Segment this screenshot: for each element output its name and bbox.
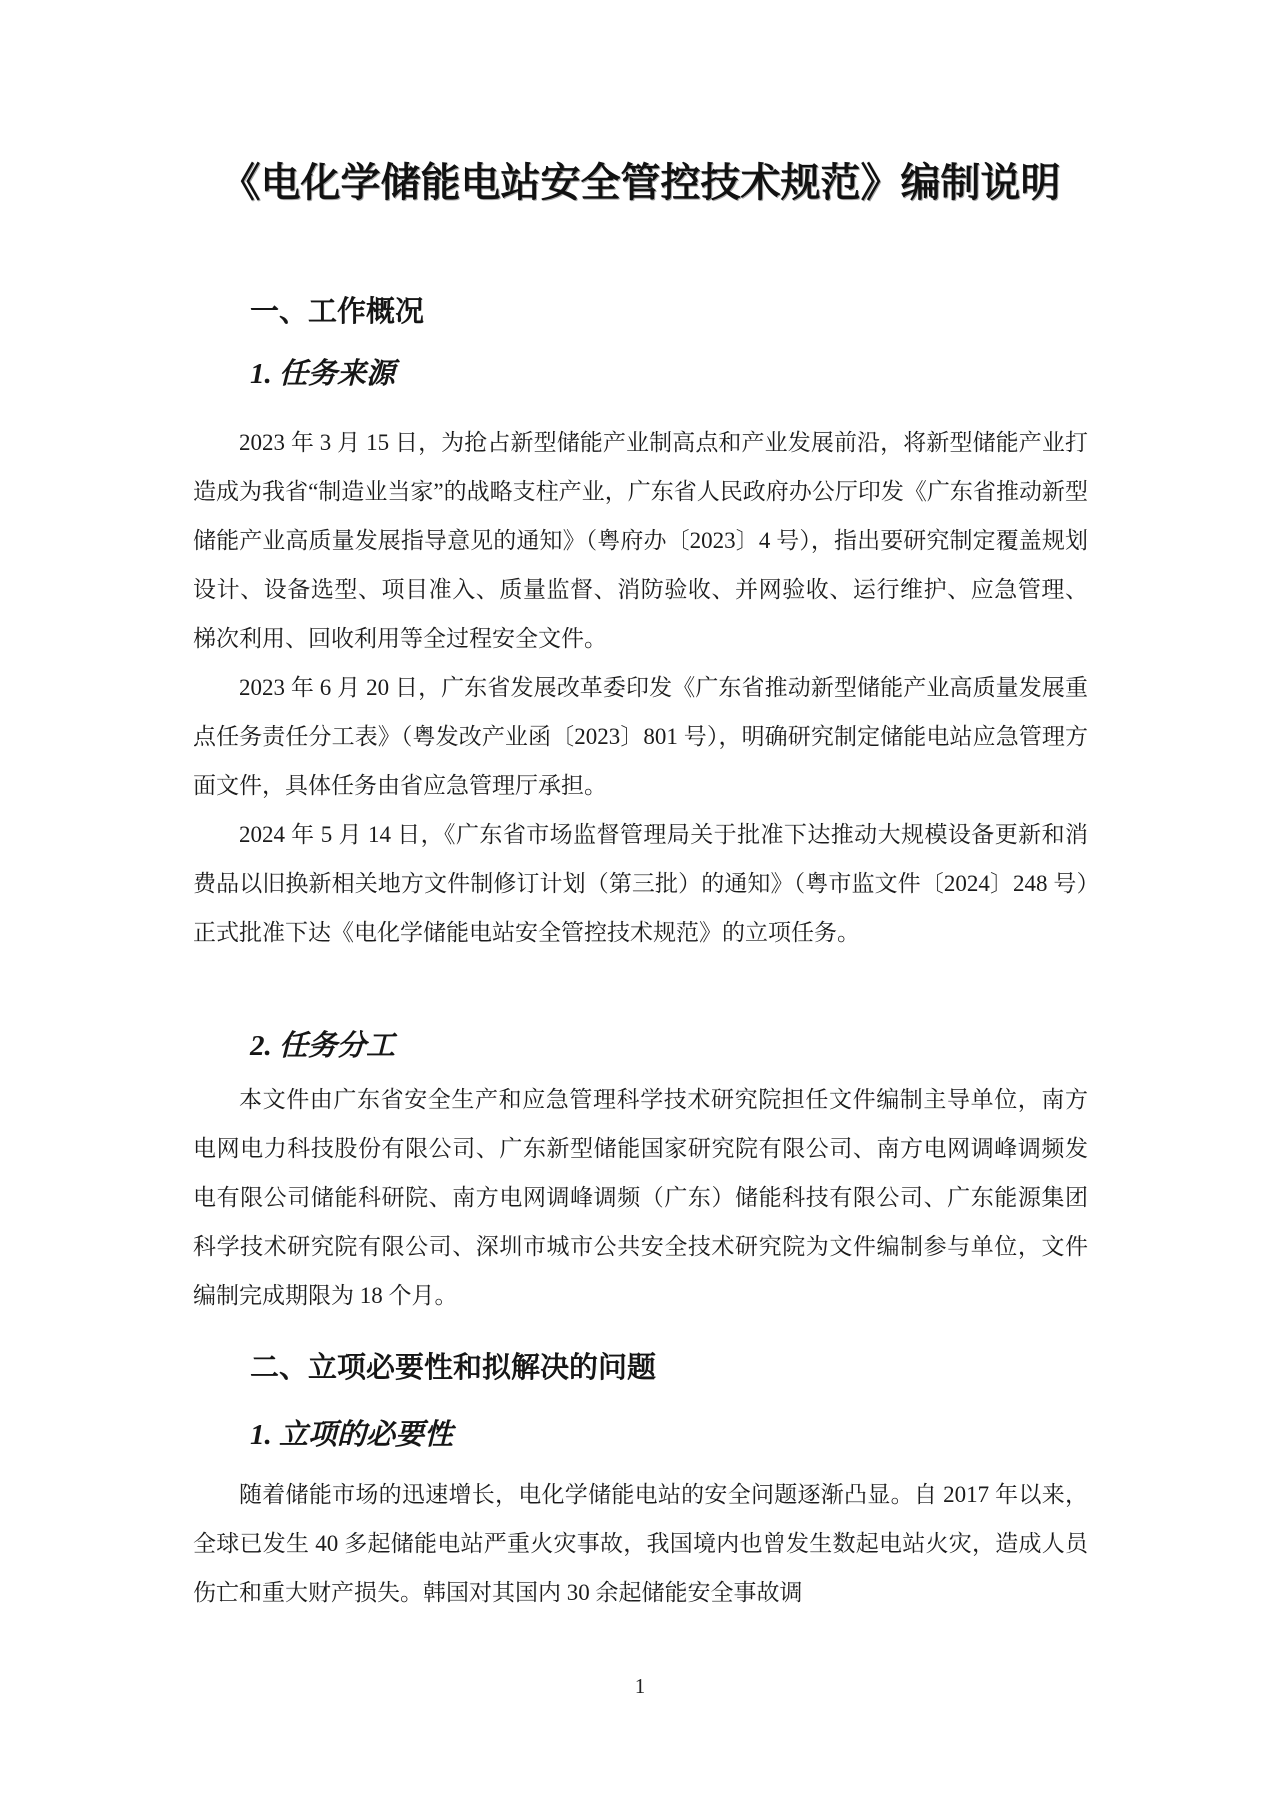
paragraph-task-division: 本文件由广东省安全生产和应急管理科学技术研究院担任文件编制主导单位，南方电网电力… — [193, 1075, 1088, 1320]
paragraph-necessity-reason: 随着储能市场的迅速增长，电化学储能电站的安全问题逐渐凸显。自 2017 年以来，… — [193, 1470, 1088, 1617]
paragraph-task-source-3: 2024 年 5 月 14 日，《广东省市场监督管理局关于批准下达推动大规模设备… — [193, 810, 1088, 957]
subsection-heading-necessity-reason: 1. 立项的必要性 — [193, 1417, 1145, 1453]
document-title: 《电化学储能电站安全管控技术规范》编制说明 — [193, 155, 1088, 211]
page-number: 1 — [0, 1672, 1280, 1700]
document-page: 《电化学储能电站安全管控技术规范》编制说明 一、工作概况 1. 任务来源 202… — [0, 0, 1280, 1810]
section-heading-necessity: 二、立项必要性和拟解决的问题 — [193, 1350, 1145, 1386]
subsection-heading-task-division: 2. 任务分工 — [193, 1028, 1145, 1064]
paragraph-task-source-1: 2023 年 3 月 15 日，为抢占新型储能产业制高点和产业发展前沿，将新型储… — [193, 418, 1088, 663]
section-heading-work-overview: 一、工作概况 — [193, 294, 1145, 330]
subsection-heading-task-source: 1. 任务来源 — [193, 356, 1145, 392]
paragraph-task-source-2: 2023 年 6 月 20 日，广东省发展改革委印发《广东省推动新型储能产业高质… — [193, 663, 1088, 810]
